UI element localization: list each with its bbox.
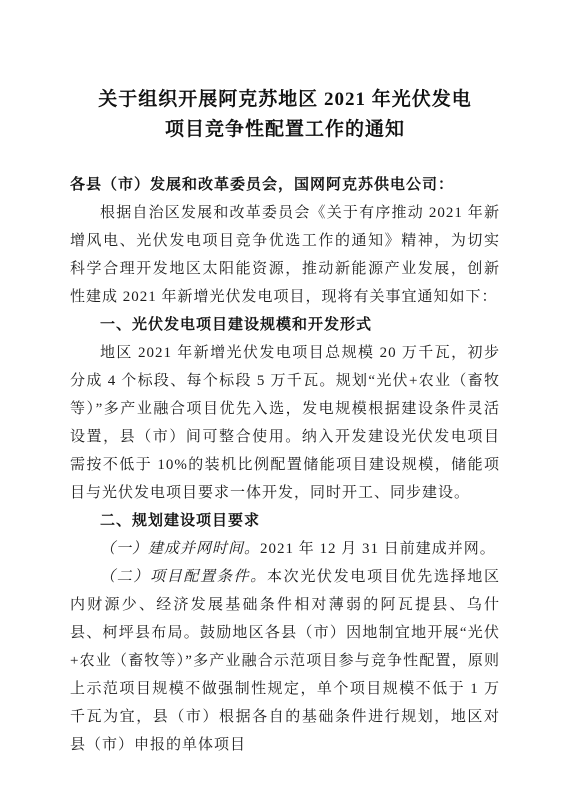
salutation-line: 各县（市）发展和改革委员会，国网阿克苏供电公司： — [70, 171, 500, 199]
document-title-line-2: 项目竞争性配置工作的通知 — [70, 115, 500, 145]
intro-paragraph: 根据自治区发展和改革委员会《关于有序推动 2021 年新增风电、光伏发电项目竞争… — [70, 199, 500, 311]
section-2-item-1: （一）建成并网时间。2021 年 12 月 31 日前建成并网。 — [70, 535, 500, 563]
section-2-item-2: （二）项目配置条件。本次光伏发电项目优先选择地区内财源少、经济发展基础条件相对薄… — [70, 563, 500, 759]
section-1-heading: 一、光伏发电项目建设规模和开发形式 — [70, 311, 500, 339]
item-2-text: 本次光伏发电项目优先选择地区内财源少、经济发展基础条件相对薄弱的阿瓦提县、乌什县… — [70, 569, 500, 753]
item-1-lead-in: （一）建成并网时间。 — [100, 541, 260, 557]
document-title: 关于组织开展阿克苏地区 2021 年光伏发电 项目竞争性配置工作的通知 — [70, 85, 500, 145]
section-2-heading: 二、规划建设项目要求 — [70, 507, 500, 535]
section-1-body-paragraph: 地区 2021 年新增光伏发电项目总规模 20 万千瓦，初步分成 4 个标段、每… — [70, 339, 500, 507]
item-1-text: 2021 年 12 月 31 日前建成并网。 — [260, 541, 496, 557]
item-2-lead-in: （二）项目配置条件。 — [100, 569, 267, 585]
document-title-line-1: 关于组织开展阿克苏地区 2021 年光伏发电 — [70, 85, 500, 115]
document-page: 关于组织开展阿克苏地区 2021 年光伏发电 项目竞争性配置工作的通知 各县（市… — [0, 0, 566, 800]
